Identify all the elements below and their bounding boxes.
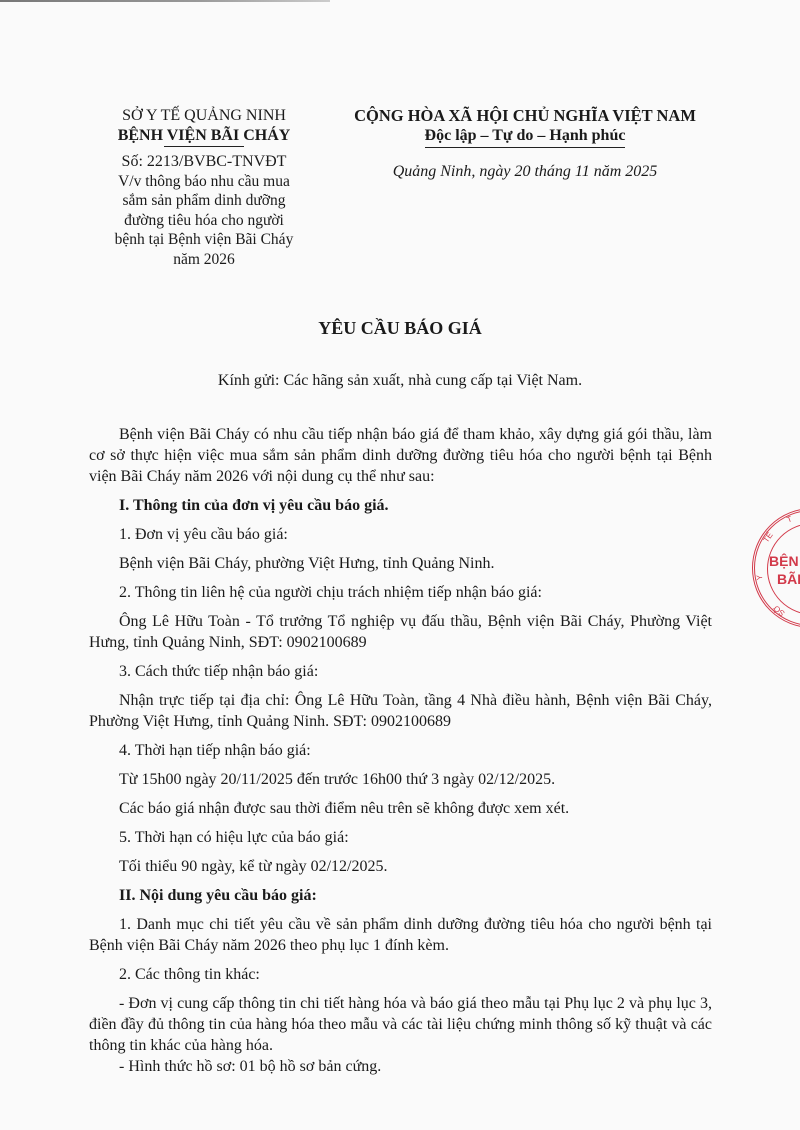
s1-item2-label: 2. Thông tin liên hệ của người chịu trác… xyxy=(89,582,712,603)
subject-line: bệnh tại Bệnh viện Bãi Cháy xyxy=(98,230,310,250)
s1-item5-value: Tối thiểu 90 ngày, kể từ ngày 02/12/2025… xyxy=(89,856,712,877)
section-1-heading: I. Thông tin của đơn vị yêu cầu báo giá. xyxy=(89,495,712,516)
s1-item1-value: Bệnh viện Bãi Cháy, phường Việt Hưng, tỉ… xyxy=(89,553,712,574)
section-2-heading: II. Nội dung yêu cầu báo giá: xyxy=(89,885,712,906)
document-page: SỞ Y TẾ QUẢNG NINH BỆNH VIỆN BÃI CHÁY Số… xyxy=(0,0,800,1130)
hospital-seal-stamp: T TẾ Y SỞ BỆN BÃI xyxy=(752,508,800,628)
s1-item2-value: Ông Lê Hữu Toàn - Tổ trưởng Tổ nghiệp vụ… xyxy=(89,611,712,653)
document-title: YÊU CẦU BÁO GIÁ xyxy=(0,318,800,339)
s2-item2-label: 2. Các thông tin khác: xyxy=(89,964,712,985)
place-and-date: Quảng Ninh, ngày 20 tháng 11 năm 2025 xyxy=(330,162,720,182)
subject-line: năm 2026 xyxy=(98,250,310,270)
document-body: Bệnh viện Bãi Cháy có nhu cầu tiếp nhận … xyxy=(89,424,712,1077)
header-divider xyxy=(164,146,244,147)
seal-text-line1: BỆN xyxy=(769,553,799,569)
reference-number: Số: 2213/BVBC-TNVĐT xyxy=(98,152,310,172)
hospital-name: BỆNH VIỆN BÃI CHÁY xyxy=(98,126,310,146)
subject-line: V/v thông báo nhu cầu mua xyxy=(98,172,310,192)
intro-paragraph: Bệnh viện Bãi Cháy có nhu cầu tiếp nhận … xyxy=(89,424,712,487)
s1-item4-value: Từ 15h00 ngày 20/11/2025 đến trước 16h00… xyxy=(89,769,712,790)
addressee: Kính gửi: Các hãng sản xuất, nhà cung cấ… xyxy=(0,372,800,390)
s2-bullet2: - Hình thức hồ sơ: 01 bộ hồ sơ bản cứng. xyxy=(89,1056,712,1077)
national-header-block: CỘNG HÒA XÃ HỘI CHỦ NGHĨA VIỆT NAM Độc l… xyxy=(330,106,720,182)
s1-item3-value: Nhận trực tiếp tại địa chỉ: Ông Lê Hữu T… xyxy=(89,690,712,732)
s1-item4-note: Các báo giá nhận được sau thời điểm nêu … xyxy=(89,798,712,819)
nation-title: CỘNG HÒA XÃ HỘI CHỦ NGHĨA VIỆT NAM xyxy=(330,106,720,126)
s1-item5-label: 5. Thời hạn có hiệu lực của báo giá: xyxy=(89,827,712,848)
s2-item1: 1. Danh mục chi tiết yêu cầu về sản phẩm… xyxy=(89,914,712,956)
issuing-agency-block: SỞ Y TẾ QUẢNG NINH BỆNH VIỆN BÃI CHÁY Số… xyxy=(98,106,310,269)
s2-bullet1: - Đơn vị cung cấp thông tin chi tiết hàn… xyxy=(89,993,712,1056)
seal-text-line2: BÃI xyxy=(777,571,800,587)
subject-line: đường tiêu hóa cho người xyxy=(98,211,310,231)
s1-item3-label: 3. Cách thức tiếp nhận báo giá: xyxy=(89,661,712,682)
subject-line: sắm sản phẩm dinh dưỡng xyxy=(98,191,310,211)
s1-item4-label: 4. Thời hạn tiếp nhận báo giá: xyxy=(89,740,712,761)
department-name: SỞ Y TẾ QUẢNG NINH xyxy=(98,106,310,126)
national-motto: Độc lập – Tự do – Hạnh phúc xyxy=(425,126,626,148)
s1-item1-label: 1. Đơn vị yêu cầu báo giá: xyxy=(89,524,712,545)
